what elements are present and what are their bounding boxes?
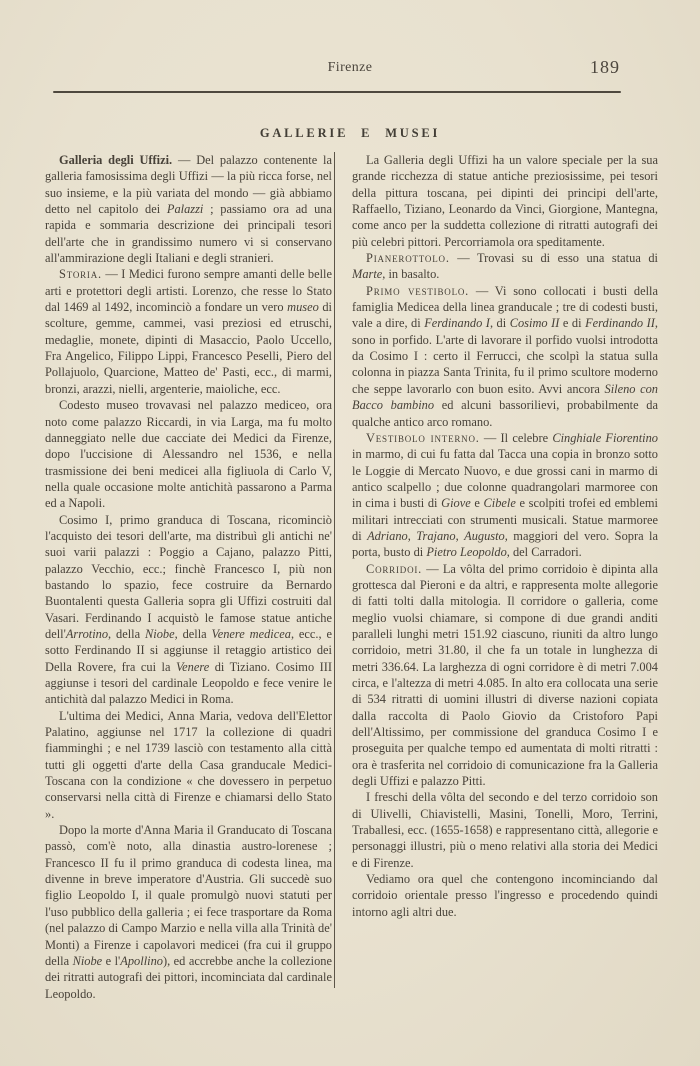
paragraph: L'ultima dei Medici, Anna Maria, vedova … [45, 708, 332, 822]
text-segment: , in basalto. [382, 267, 439, 281]
text-segment: Palazzi [167, 202, 204, 216]
text-segment: museo [287, 300, 319, 314]
text-segment: Arrotino [66, 627, 108, 641]
text-segment: e [471, 496, 484, 510]
paragraph: Primo vestibolo. — Vi sono collocati i b… [352, 283, 658, 430]
text-segment: Cosimo I, primo granduca di Toscana, ric… [45, 513, 332, 641]
paragraph: Galleria degli Uffizi. — Del palazzo con… [45, 152, 332, 266]
text-segment: Ferdinando II [585, 316, 655, 330]
text-segment: Marte [352, 267, 382, 281]
text-segment: Vestibolo interno. [366, 431, 480, 445]
text-segment: — Il celebre [480, 431, 553, 445]
text-segment: Cosimo II [510, 316, 560, 330]
paragraph: Storia. — I Medici furono sempre amanti … [45, 266, 332, 397]
text-segment: Venere medicea [212, 627, 291, 641]
text-segment: Venere [176, 660, 209, 674]
column-right: La Galleria degli Uffizi ha un valore sp… [352, 152, 658, 920]
text-segment: Pietro Leopoldo [426, 545, 506, 559]
paragraph: Dopo la morte d'Anna Maria il Granducato… [45, 822, 332, 1002]
text-segment: Niobe [145, 627, 175, 641]
text-segment: , della [108, 627, 145, 641]
header-rule [53, 91, 621, 93]
paragraph: Vestibolo interno. — Il celebre Cinghial… [352, 430, 658, 561]
text-segment: e di [559, 316, 585, 330]
text-segment: Primo vestibolo. [366, 284, 469, 298]
text-segment: Cibele [484, 496, 516, 510]
paragraph: Pianerottolo. — Trovasi su di esso una s… [352, 250, 658, 283]
text-segment: Cinghiale Fiorentino [552, 431, 658, 445]
text-segment: I freschi della vôlta del secondo e del … [352, 790, 658, 869]
text-segment: di scolture, gemme, cammei, vasi prezios… [45, 300, 332, 396]
paragraph: La Galleria degli Uffizi ha un valore sp… [352, 152, 658, 250]
text-segment: Galleria degli Uffizi. [59, 153, 172, 167]
text-segment: , [456, 529, 465, 543]
column-left: Galleria degli Uffizi. — Del palazzo con… [45, 152, 332, 1002]
text-segment: , del Carradori. [507, 545, 582, 559]
text-segment: , della [175, 627, 212, 641]
text-segment: Ferdinando I [424, 316, 490, 330]
text-columns: Galleria degli Uffizi. — Del palazzo con… [45, 152, 659, 1002]
paragraph: Vediamo ora quel che contengono incominc… [352, 871, 658, 920]
text-segment: Codesto museo trovavasi nel palazzo medi… [45, 398, 332, 510]
paragraph: Codesto museo trovavasi nel palazzo medi… [45, 397, 332, 511]
text-segment: Corridoi. [366, 562, 422, 576]
text-segment: Vediamo ora quel che contengono incominc… [352, 872, 658, 919]
text-segment: — La vôlta del primo corridoio è dipinta… [352, 562, 658, 788]
text-segment: Pianerottolo. [366, 251, 450, 265]
text-segment: e l' [102, 954, 120, 968]
text-segment: Apollino [120, 954, 163, 968]
paragraph: I freschi della vôlta del secondo e del … [352, 789, 658, 871]
section-title: GALLERIE E MUSEI [0, 126, 700, 141]
text-segment: La Galleria degli Uffizi ha un valore sp… [352, 153, 658, 249]
text-segment: Dopo la morte d'Anna Maria il Granducato… [45, 823, 332, 968]
text-segment: Storia. [59, 267, 102, 281]
text-segment: , di [490, 316, 510, 330]
text-segment: Trajano [416, 529, 455, 543]
text-segment: Niobe [73, 954, 103, 968]
text-segment: Augusto [464, 529, 505, 543]
page-number: 189 [590, 57, 620, 78]
paragraph: Cosimo I, primo granduca di Toscana, ric… [45, 512, 332, 708]
text-segment: — Trovasi su di esso una statua di [450, 251, 658, 265]
column-divider [334, 152, 335, 988]
book-page: Firenze 189 GALLERIE E MUSEI Galleria de… [0, 0, 700, 1066]
text-segment: Adriano [367, 529, 408, 543]
text-segment: , [408, 529, 417, 543]
text-segment: L'ultima dei Medici, Anna Maria, vedova … [45, 709, 332, 821]
text-segment: Giove [441, 496, 471, 510]
paragraph: Corridoi. — La vôlta del primo corridoio… [352, 561, 658, 790]
